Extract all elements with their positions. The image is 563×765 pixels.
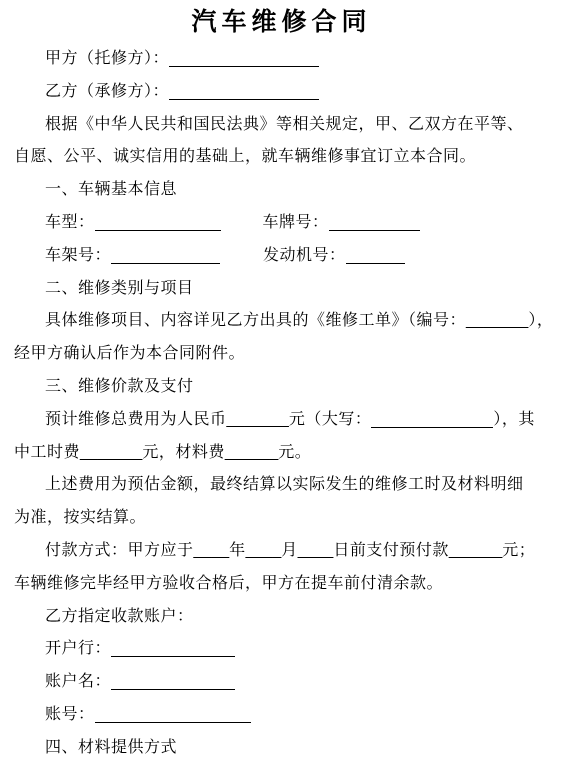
cost-line-2-text-2: 元，材料费 [142, 444, 225, 461]
cost-line-1-fill-blank-1[interactable]: _______ [227, 411, 289, 428]
bank-name-row-line: 开户行： [14, 633, 549, 666]
vehicle-info-row-2-line: 车架号：发动机号： [14, 240, 549, 273]
estimate-line-1-text-0: 上述费用为预估金额，最终结算以实际发生的维修工时及材料明细 [45, 476, 524, 493]
preamble-line-2-text-0: 自愿、公平、诚实信用的基础上，就车辆维修事宜订立本合同。 [14, 148, 476, 165]
payment-line-1-text-2: 年 [229, 542, 246, 559]
repair-items-line-1-fill-blank-1[interactable]: _______ [466, 312, 528, 329]
vehicle-info-row-2-spacer-2 [220, 259, 263, 260]
payment-line-1-text-8: 元； [502, 542, 535, 559]
cost-line-1-text-0: 预计维修总费用为人民币 [45, 411, 227, 428]
vehicle-info-row-1-fill-line-4[interactable] [329, 214, 420, 231]
payment-line-2-text-0: 车辆维修完毕经甲方验收合格后，甲方在提车前付清余款。 [14, 575, 443, 592]
section-2-heading-text-0: 二、维修类别与项目 [45, 280, 194, 297]
estimate-line-1-line: 上述费用为预估金额，最终结算以实际发生的维修工时及材料明细 [14, 469, 549, 502]
bank-name-row-fill-line-1[interactable] [111, 640, 235, 657]
estimate-line-2-text-0: 为准，按实结算。 [14, 509, 146, 526]
repair-items-line-1-text-2: ）， [528, 312, 553, 329]
bank-name-row-text-0: 开户行： [45, 640, 111, 657]
vehicle-info-row-1-fill-line-1[interactable] [95, 214, 221, 231]
section-3-heading-text-0: 三、维修价款及支付 [45, 378, 194, 395]
repair-items-line-2-line: 经甲方确认后作为本合同附件。 [14, 338, 549, 371]
section-4-heading-line: 四、材料提供方式 [14, 732, 549, 765]
account-name-row-line: 账户名： [14, 666, 549, 699]
vehicle-info-row-2-text-0: 车架号： [45, 247, 111, 264]
cost-line-1-line: 预计维修总费用为人民币_______元（大写：），其 [14, 404, 549, 437]
party-b-line: 乙方（承修方）： [14, 76, 549, 109]
contract-body: 甲方（托修方）：乙方（承修方）：根据《中华人民共和国民法典》等相关规定，甲、乙双… [14, 43, 549, 765]
payment-line-1-fill-blank-7[interactable]: ______ [449, 542, 502, 559]
payee-account-heading-text-0: 乙方指定收款账户： [45, 608, 194, 625]
cost-line-2-line: 中工时费_______元，材料费______元。 [14, 437, 549, 470]
account-name-row-fill-line-1[interactable] [111, 673, 235, 690]
cost-line-2-text-4: 元。 [278, 444, 311, 461]
payee-account-heading-line: 乙方指定收款账户： [14, 601, 549, 634]
vehicle-info-row-1-spacer-2 [221, 226, 263, 227]
vehicle-info-row-1-line: 车型：车牌号： [14, 207, 549, 240]
account-number-row-line: 账号： [14, 699, 549, 732]
repair-items-line-1-text-0: 具体维修项目、内容详见乙方出具的《维修工单》（编号： [45, 312, 466, 329]
party-a-fill-line-1[interactable] [169, 50, 319, 67]
party-b-text-0: 乙方（承修方）： [45, 83, 169, 100]
vehicle-info-row-2-fill-line-4[interactable] [346, 247, 405, 264]
vehicle-info-row-1-text-0: 车型： [45, 214, 95, 231]
payment-line-2-line: 车辆维修完毕经甲方验收合格后，甲方在提车前付清余款。 [14, 568, 549, 601]
cost-line-2-fill-blank-1[interactable]: _______ [80, 444, 142, 461]
payment-line-1-text-0: 付款方式：甲方应于 [45, 542, 194, 559]
section-3-heading-line: 三、维修价款及支付 [14, 371, 549, 404]
cost-line-1-text-2: 元（大写： [289, 411, 372, 428]
account-name-row-text-0: 账户名： [45, 673, 111, 690]
cost-line-1-fill-line-3[interactable] [371, 411, 493, 428]
preamble-line-1-line: 根据《中华人民共和国民法典》等相关规定，甲、乙双方在平等、 [14, 109, 549, 142]
payment-line-1-text-6: 日前支付预付款 [333, 542, 449, 559]
cost-line-1-text-4: ），其 [493, 411, 535, 428]
section-1-heading-text-0: 一、车辆基本信息 [45, 181, 177, 198]
party-b-fill-line-1[interactable] [169, 83, 319, 100]
contract-title: 汽车维修合同 [14, 5, 549, 43]
payment-line-1-line: 付款方式：甲方应于____年____月____日前支付预付款______元； [14, 535, 549, 568]
document-page: 汽车维修合同 甲方（托修方）：乙方（承修方）：根据《中华人民共和国民法典》等相关… [0, 0, 563, 765]
vehicle-info-row-1-text-3: 车牌号： [263, 214, 329, 231]
account-number-row-fill-line-1[interactable] [95, 706, 251, 723]
estimate-line-2-line: 为准，按实结算。 [14, 502, 549, 535]
repair-items-line-1-line: 具体维修项目、内容详见乙方出具的《维修工单》（编号：_______）， [14, 305, 549, 338]
cost-line-2-fill-blank-3[interactable]: ______ [225, 444, 278, 461]
payment-line-1-fill-blank-1[interactable]: ____ [194, 542, 230, 559]
party-a-line: 甲方（托修方）： [14, 43, 549, 76]
repair-items-line-2-text-0: 经甲方确认后作为本合同附件。 [14, 345, 245, 362]
party-a-text-0: 甲方（托修方）： [45, 50, 169, 67]
section-2-heading-line: 二、维修类别与项目 [14, 273, 549, 306]
section-4-heading-text-0: 四、材料提供方式 [45, 739, 177, 756]
vehicle-info-row-2-fill-line-1[interactable] [111, 247, 220, 264]
cost-line-2-text-0: 中工时费 [14, 444, 80, 461]
payment-line-1-fill-blank-3[interactable]: ____ [246, 542, 282, 559]
preamble-line-2-line: 自愿、公平、诚实信用的基础上，就车辆维修事宜订立本合同。 [14, 141, 549, 174]
vehicle-info-row-2-text-3: 发动机号： [263, 247, 346, 264]
section-1-heading-line: 一、车辆基本信息 [14, 174, 549, 207]
account-number-row-text-0: 账号： [45, 706, 95, 723]
payment-line-1-text-4: 月 [281, 542, 298, 559]
preamble-line-1-text-0: 根据《中华人民共和国民法典》等相关规定，甲、乙双方在平等、 [45, 116, 524, 133]
payment-line-1-fill-blank-5[interactable]: ____ [298, 542, 334, 559]
